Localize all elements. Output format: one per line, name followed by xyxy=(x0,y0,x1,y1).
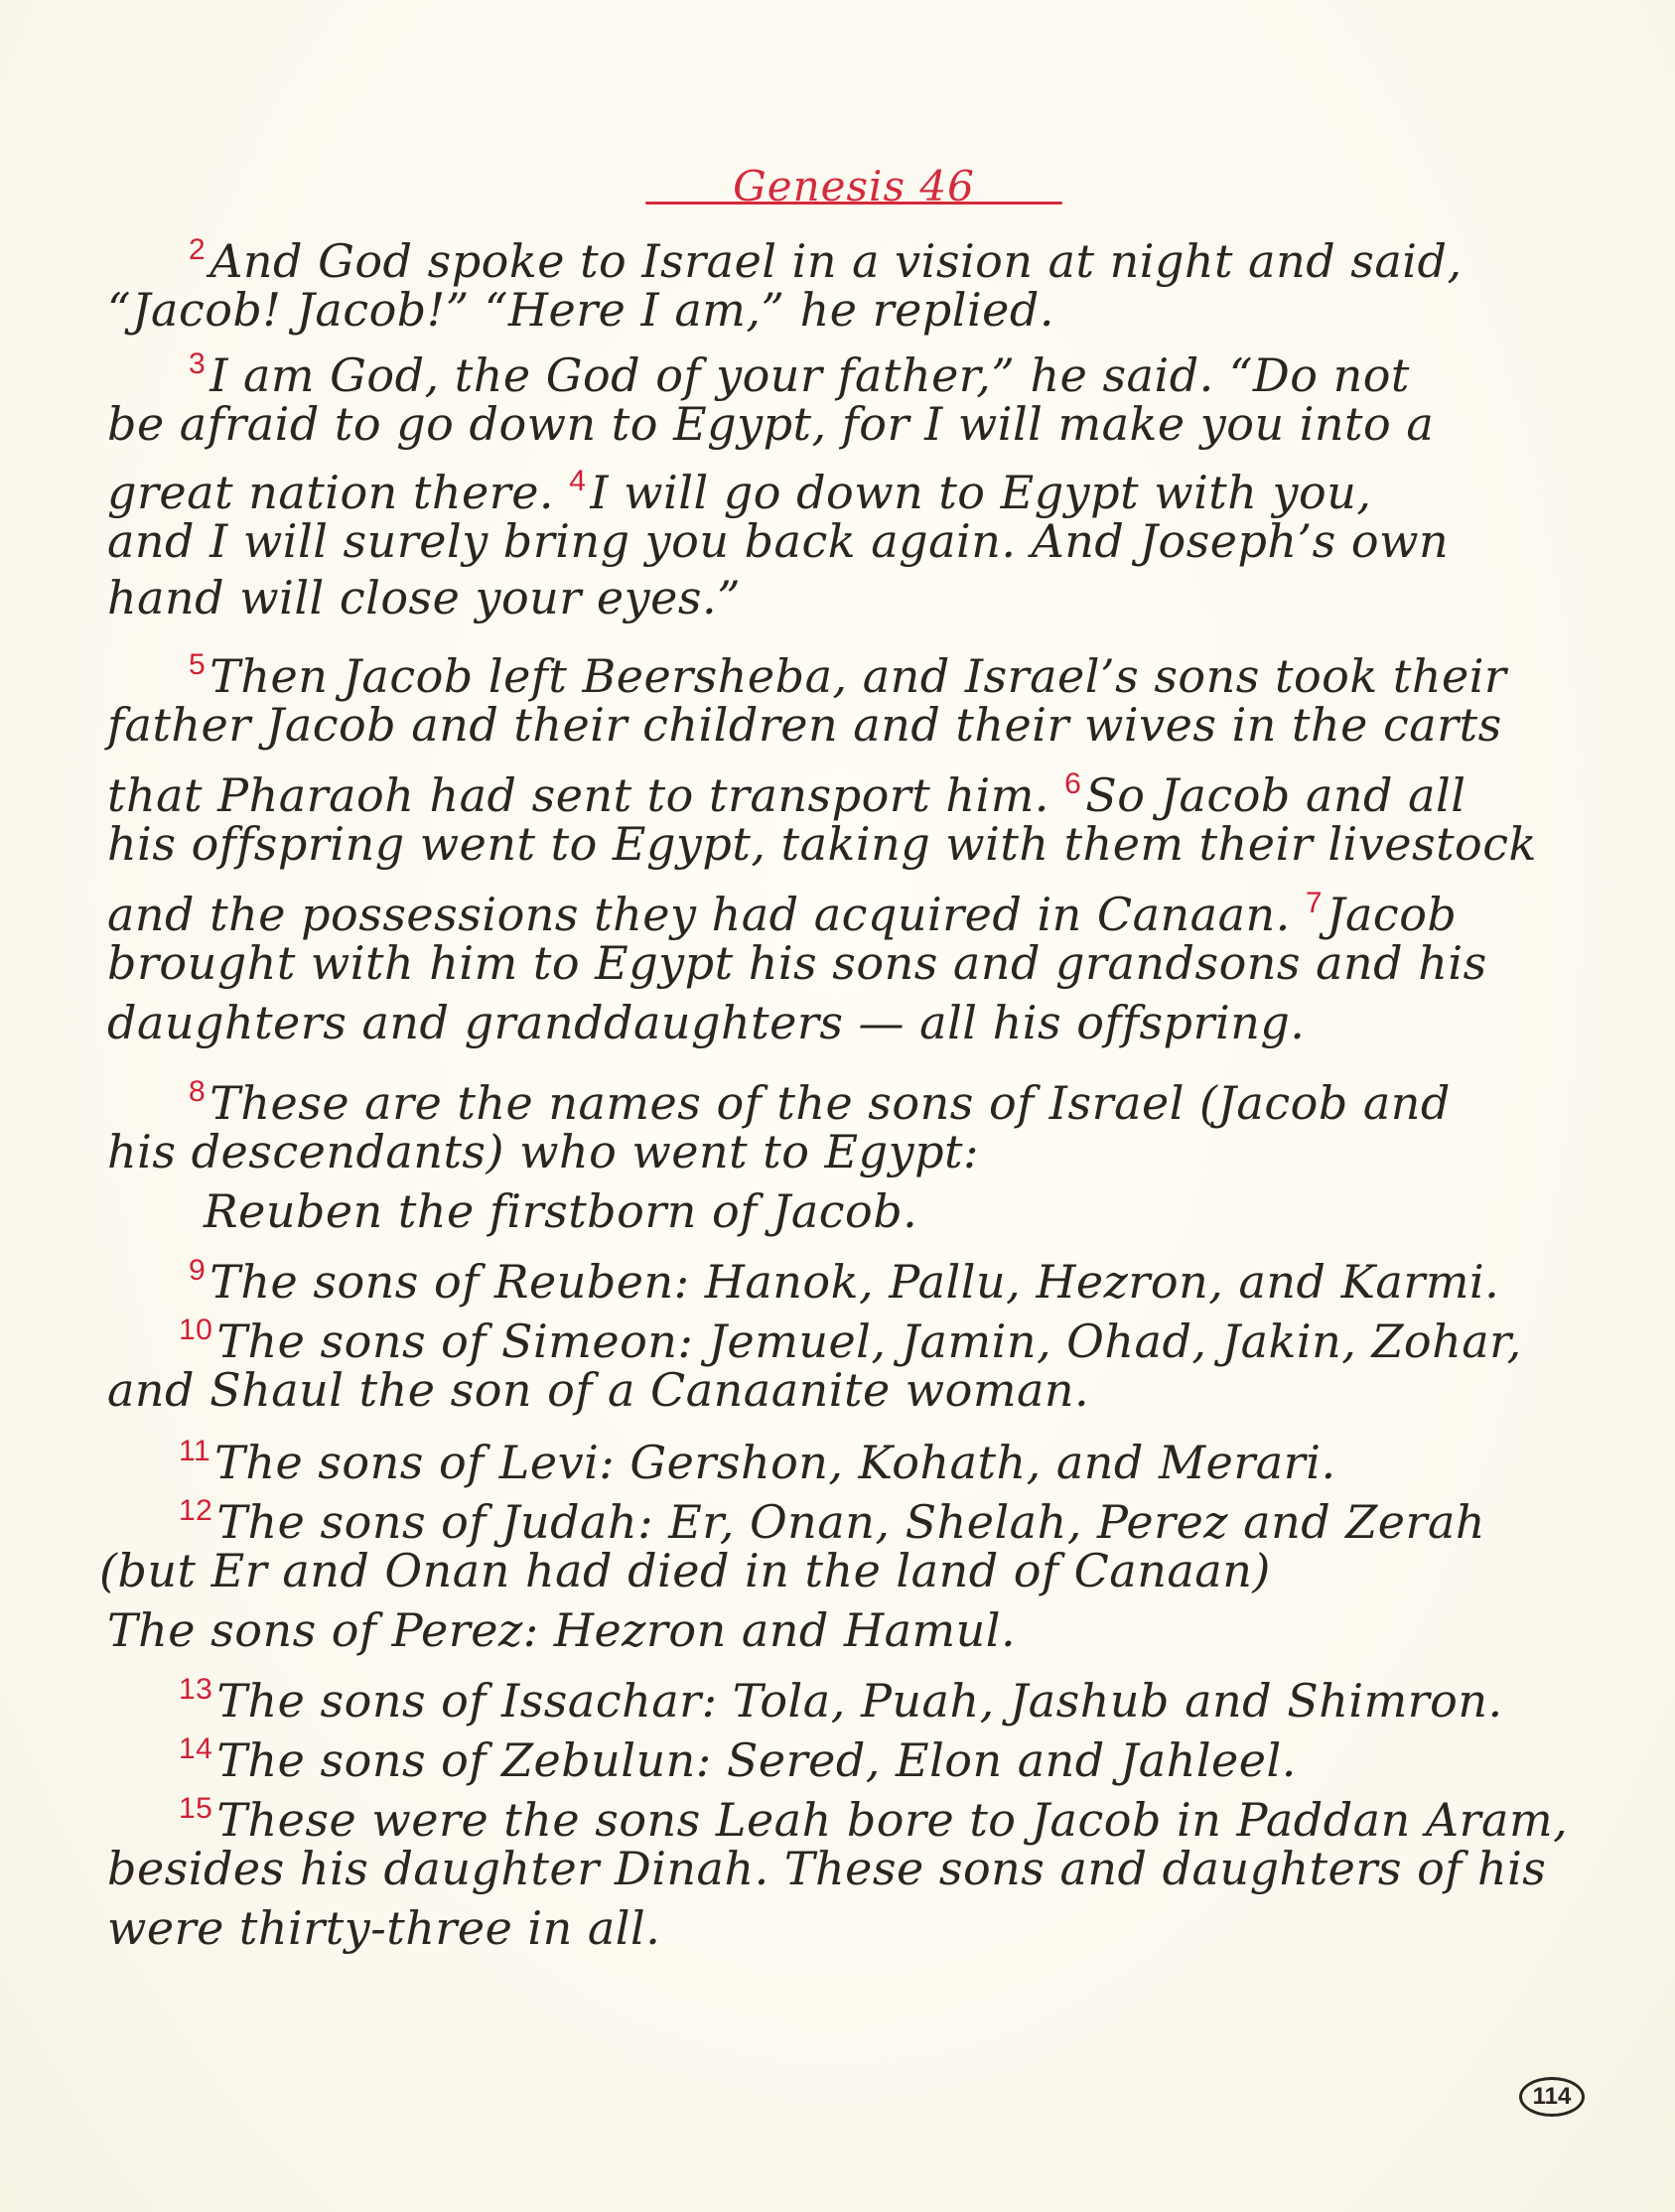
text-line: besides his daughter Dinah. These sons a… xyxy=(107,1839,1546,1898)
line-text: father Jacob and their children and thei… xyxy=(107,698,1502,752)
page-title-container: Genesis 46 xyxy=(645,159,1062,228)
line-text: besides his daughter Dinah. These sons a… xyxy=(107,1842,1546,1895)
verse-number: 10 xyxy=(179,1313,212,1346)
text-line: “Jacob! Jacob!” “Here I am,” he replied. xyxy=(107,280,1054,340)
text-line: (but Er and Onan had died in the land of… xyxy=(99,1541,1271,1600)
manuscript-page: Genesis 46 2And God spoke to Israel in a… xyxy=(0,0,1675,2212)
line-text: The sons of Perez: Hezron and Hamul. xyxy=(107,1603,1016,1657)
text-line: and Shaul the son of a Canaanite woman. xyxy=(107,1360,1089,1420)
line-text: were thirty-three in all. xyxy=(107,1901,660,1955)
text-line: brought with him to Egypt his sons and g… xyxy=(107,933,1487,993)
verse-number: 4 xyxy=(569,465,586,497)
title-underline xyxy=(645,202,1062,205)
line-text: hand will close your eyes.” xyxy=(107,571,741,624)
line-text: be afraid to go down to Egypt, for I wil… xyxy=(107,397,1434,451)
text-line: Reuben the firstborn of Jacob. xyxy=(204,1181,917,1241)
verse-number: 7 xyxy=(1306,887,1323,919)
text-line: were thirty-three in all. xyxy=(107,1898,660,1958)
verse-number: 11 xyxy=(179,1435,210,1467)
verse-number: 13 xyxy=(179,1673,212,1706)
line-text: and I will surely bring you back again. … xyxy=(107,514,1449,568)
text-line: The sons of Perez: Hezron and Hamul. xyxy=(107,1600,1016,1660)
verse-number: 8 xyxy=(189,1075,206,1108)
line-text: daughters and granddaughters — all his o… xyxy=(107,996,1305,1049)
verse-number: 2 xyxy=(189,233,206,266)
line-text: and Shaul the son of a Canaanite woman. xyxy=(107,1363,1089,1417)
line-text: brought with him to Egypt his sons and g… xyxy=(107,936,1487,990)
text-line: and I will surely bring you back again. … xyxy=(107,511,1449,571)
text-line: be afraid to go down to Egypt, for I wil… xyxy=(107,394,1434,454)
verse-number: 5 xyxy=(189,648,206,681)
line-text: “Jacob! Jacob!” “Here I am,” he replied. xyxy=(107,283,1054,337)
verse-number: 6 xyxy=(1064,767,1081,800)
line-text: (but Er and Onan had died in the land of… xyxy=(99,1544,1271,1597)
text-line: father Jacob and their children and thei… xyxy=(107,695,1502,755)
verse-number: 15 xyxy=(179,1792,212,1825)
line-text: Reuben the firstborn of Jacob. xyxy=(204,1184,917,1238)
verse-number: 12 xyxy=(179,1494,212,1527)
text-line: his offspring went to Egypt, taking with… xyxy=(107,814,1537,874)
verse-number: 14 xyxy=(179,1732,212,1765)
line-text: his offspring went to Egypt, taking with… xyxy=(107,817,1537,871)
text-line: his descendants) who went to Egypt: xyxy=(107,1122,979,1181)
text-line: daughters and granddaughters — all his o… xyxy=(107,993,1305,1052)
line-text: his descendants) who went to Egypt: xyxy=(107,1125,979,1178)
page-number: 114 xyxy=(1519,2077,1585,2117)
text-line: hand will close your eyes.” xyxy=(107,568,741,627)
verse-number: 9 xyxy=(189,1254,206,1287)
verse-number: 3 xyxy=(189,347,206,380)
